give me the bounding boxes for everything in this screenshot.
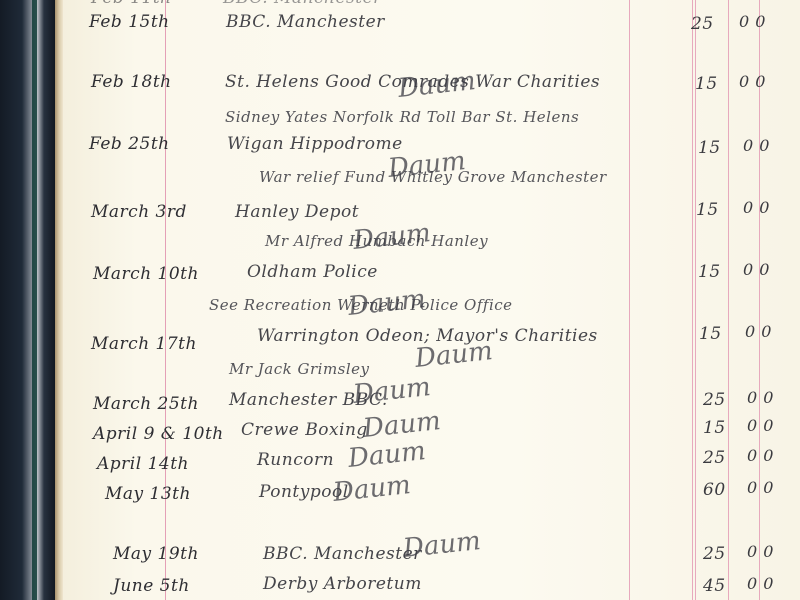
entry-date: May 13th	[105, 484, 191, 504]
entry-description: BBC. Manchester	[223, 0, 382, 8]
binding-thread	[32, 0, 37, 600]
entry-description: Hanley Depot	[235, 202, 359, 222]
entry-description: Wigan Hippodrome	[227, 134, 403, 154]
entry-pounds: 25	[703, 448, 726, 468]
signature: Daum	[347, 284, 427, 322]
entry-shillings-pence: 0 0	[747, 542, 774, 561]
ledger-page: Feb 11th BBC. Manchester Feb 15th BBC. M…	[63, 0, 800, 600]
entry-shillings-pence: 0 0	[745, 322, 772, 341]
entry-pounds: 15	[698, 138, 721, 158]
entry-note: Mr Jack Grimsley	[229, 360, 370, 378]
entry-pounds: 15	[703, 418, 726, 438]
entry-date: March 25th	[93, 394, 199, 414]
entry-shillings-pence: 0 0	[747, 388, 774, 407]
entry-description: Crewe Boxing	[241, 420, 368, 440]
entry-shillings-pence: 0 0	[747, 574, 774, 593]
entry-note: Sidney Yates Norfolk Rd Toll Bar St. Hel…	[225, 108, 579, 126]
entry-date: Feb 15th	[89, 12, 170, 32]
entry-shillings-pence: 0 0	[743, 198, 770, 217]
column-rule	[629, 0, 630, 600]
entry-pounds: 15	[699, 324, 722, 344]
entry-shillings-pence: 0 0	[747, 478, 774, 497]
entry-date: Feb 25th	[89, 134, 170, 154]
signature: Daum	[402, 526, 482, 564]
entry-date: April 9 & 10th	[93, 424, 224, 444]
signature: Daum	[347, 436, 427, 474]
entry-pounds: 45	[703, 576, 726, 596]
entry-date: April 14th	[97, 454, 189, 474]
entry-pounds: 15	[695, 74, 718, 94]
entry-date: Feb 18th	[91, 72, 172, 92]
book-binding	[0, 0, 55, 600]
entry-date: June 5th	[113, 576, 190, 596]
entry-description: Derby Arboretum	[263, 574, 422, 594]
entry-pounds: 15	[698, 262, 721, 282]
entry-description: BBC. Manchester	[263, 544, 422, 564]
entry-description: BBC. Manchester	[226, 12, 385, 32]
entry-date: Feb 11th	[91, 0, 172, 8]
entry-pounds: 60	[703, 480, 726, 500]
entry-shillings-pence: 0 0	[743, 260, 770, 279]
signature: Daum	[352, 218, 432, 256]
entry-date: March 17th	[91, 334, 197, 354]
entry-pounds: 25	[703, 390, 726, 410]
entry-shillings-pence: 0 0	[739, 72, 766, 91]
entry-shillings-pence: 0 0	[747, 416, 774, 435]
entry-pounds: 25	[691, 14, 714, 34]
entry-shillings-pence: 0 0	[739, 12, 766, 31]
column-rule	[728, 0, 729, 600]
column-rule	[692, 0, 693, 600]
entry-pounds: 25	[703, 544, 726, 564]
entry-pounds: 15	[696, 200, 719, 220]
entry-description: Oldham Police	[247, 262, 378, 282]
signature: Daum	[332, 470, 412, 508]
entry-description: Runcorn	[257, 450, 334, 470]
page-edge	[55, 0, 63, 600]
entry-date: March 3rd	[91, 202, 187, 222]
entry-shillings-pence: 0 0	[743, 136, 770, 155]
entry-shillings-pence: 0 0	[747, 446, 774, 465]
entry-date: March 10th	[93, 264, 199, 284]
entry-date: May 19th	[113, 544, 199, 564]
